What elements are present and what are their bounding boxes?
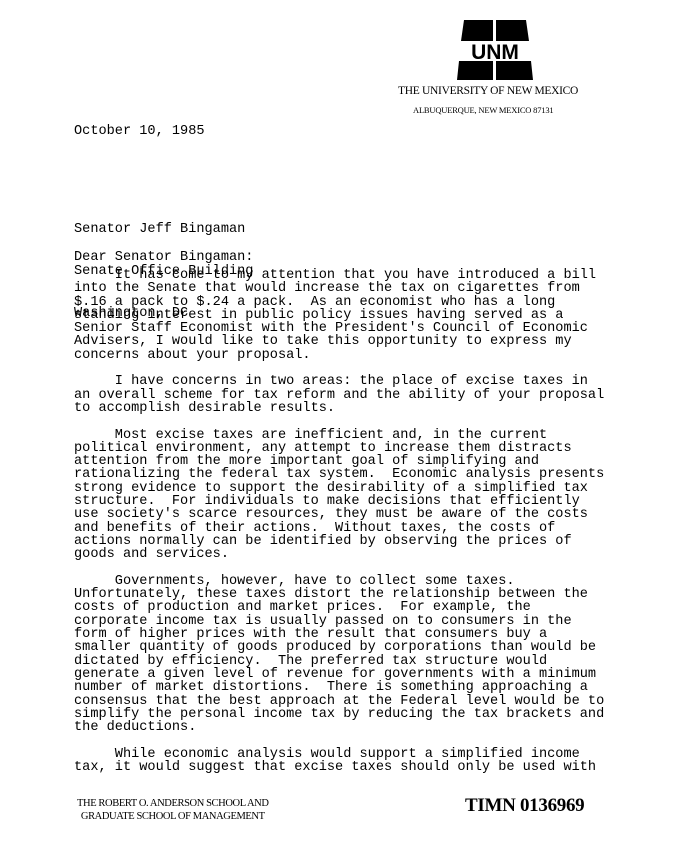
paragraph-line: costs of production and market prices. F… <box>74 601 674 614</box>
paragraph-line: Most excise taxes are inefficient and, i… <box>74 429 674 442</box>
paragraph-line: corporate income tax is usually passed o… <box>74 615 674 628</box>
institution-name: THE UNIVERSITY OF NEW MEXICO <box>398 85 578 97</box>
paragraph-line: attention from the more important goal o… <box>74 455 674 468</box>
paragraph-line: strong evidence to support the desirabil… <box>74 482 674 495</box>
letter-paragraph: It has come to my attention that you hav… <box>74 269 674 362</box>
paragraph-line: rationalizing the federal tax system. Ec… <box>74 468 674 481</box>
letter-date: October 10, 1985 <box>74 125 205 138</box>
paragraph-line: and benefits of their actions. Without t… <box>74 522 674 535</box>
paragraph-line: $.16 a pack to $.24 a pack. As an econom… <box>74 296 674 309</box>
letter-paragraph: Most excise taxes are inefficient and, i… <box>74 429 674 562</box>
paragraph-line: smaller quantity of goods produced by co… <box>74 641 674 654</box>
paragraph-line: Governments, however, have to collect so… <box>74 575 674 588</box>
institution-address: ALBUQUERQUE, NEW MEXICO 87131 <box>413 105 553 115</box>
letter-paragraph: Governments, however, have to collect so… <box>74 575 674 735</box>
paragraph-line: Unfortunately, these taxes distort the r… <box>74 588 674 601</box>
footer-school-line-2: GRADUATE SCHOOL OF MANAGEMENT <box>77 810 269 823</box>
paragraph-line: tax, it would suggest that excise taxes … <box>74 761 674 774</box>
letter-body: It has come to my attention that you hav… <box>74 269 674 788</box>
paragraph-line: into the Senate that would increase the … <box>74 282 674 295</box>
paragraph-line: actions normally can be identified by ob… <box>74 535 674 548</box>
paragraph-line: Advisers, I would like to take this oppo… <box>74 335 674 348</box>
paragraph-line: concerns about your proposal. <box>74 349 674 362</box>
paragraph-line: standing interest in public policy issue… <box>74 309 674 322</box>
footer-school-name: THE ROBERT O. ANDERSON SCHOOL AND GRADUA… <box>77 797 269 823</box>
letter-paragraph: I have concerns in two areas: the place … <box>74 375 674 415</box>
paragraph-line: simplify the personal income tax by redu… <box>74 708 674 721</box>
svg-text:UNM: UNM <box>471 41 519 64</box>
letter-paragraph: While economic analysis would support a … <box>74 748 674 775</box>
paragraph-line: political environment, any attempt to in… <box>74 442 674 455</box>
unm-logo: UNM <box>457 20 533 80</box>
paragraph-line: to accomplish desirable results. <box>74 402 674 415</box>
paragraph-line: consensus that the best approach at the … <box>74 695 674 708</box>
paragraph-line: While economic analysis would support a … <box>74 748 674 761</box>
paragraph-line: number of market distortions. There is s… <box>74 681 674 694</box>
paragraph-line: an overall scheme for tax reform and the… <box>74 389 674 402</box>
recipient-name: Senator Jeff Bingaman <box>74 223 253 237</box>
salutation: Dear Senator Bingaman: <box>74 251 253 264</box>
paragraph-line: the deductions. <box>74 721 674 734</box>
paragraph-line: I have concerns in two areas: the place … <box>74 375 674 388</box>
paragraph-line: goods and services. <box>74 548 674 561</box>
unm-logo-icon: UNM <box>457 20 533 80</box>
paragraph-line: structure. For individuals to make decis… <box>74 495 674 508</box>
footer-school-line-1: THE ROBERT O. ANDERSON SCHOOL AND <box>77 797 269 810</box>
document-id: TIMN 0136969 <box>465 795 584 817</box>
paragraph-line: dictated by efficiency. The preferred ta… <box>74 655 674 668</box>
paragraph-line: It has come to my attention that you hav… <box>74 269 674 282</box>
paragraph-line: generate a given level of revenue for go… <box>74 668 674 681</box>
paragraph-line: use society's scarce resources, they mus… <box>74 508 674 521</box>
paragraph-line: form of higher prices with the result th… <box>74 628 674 641</box>
paragraph-line: Senior Staff Economist with the Presiden… <box>74 322 674 335</box>
